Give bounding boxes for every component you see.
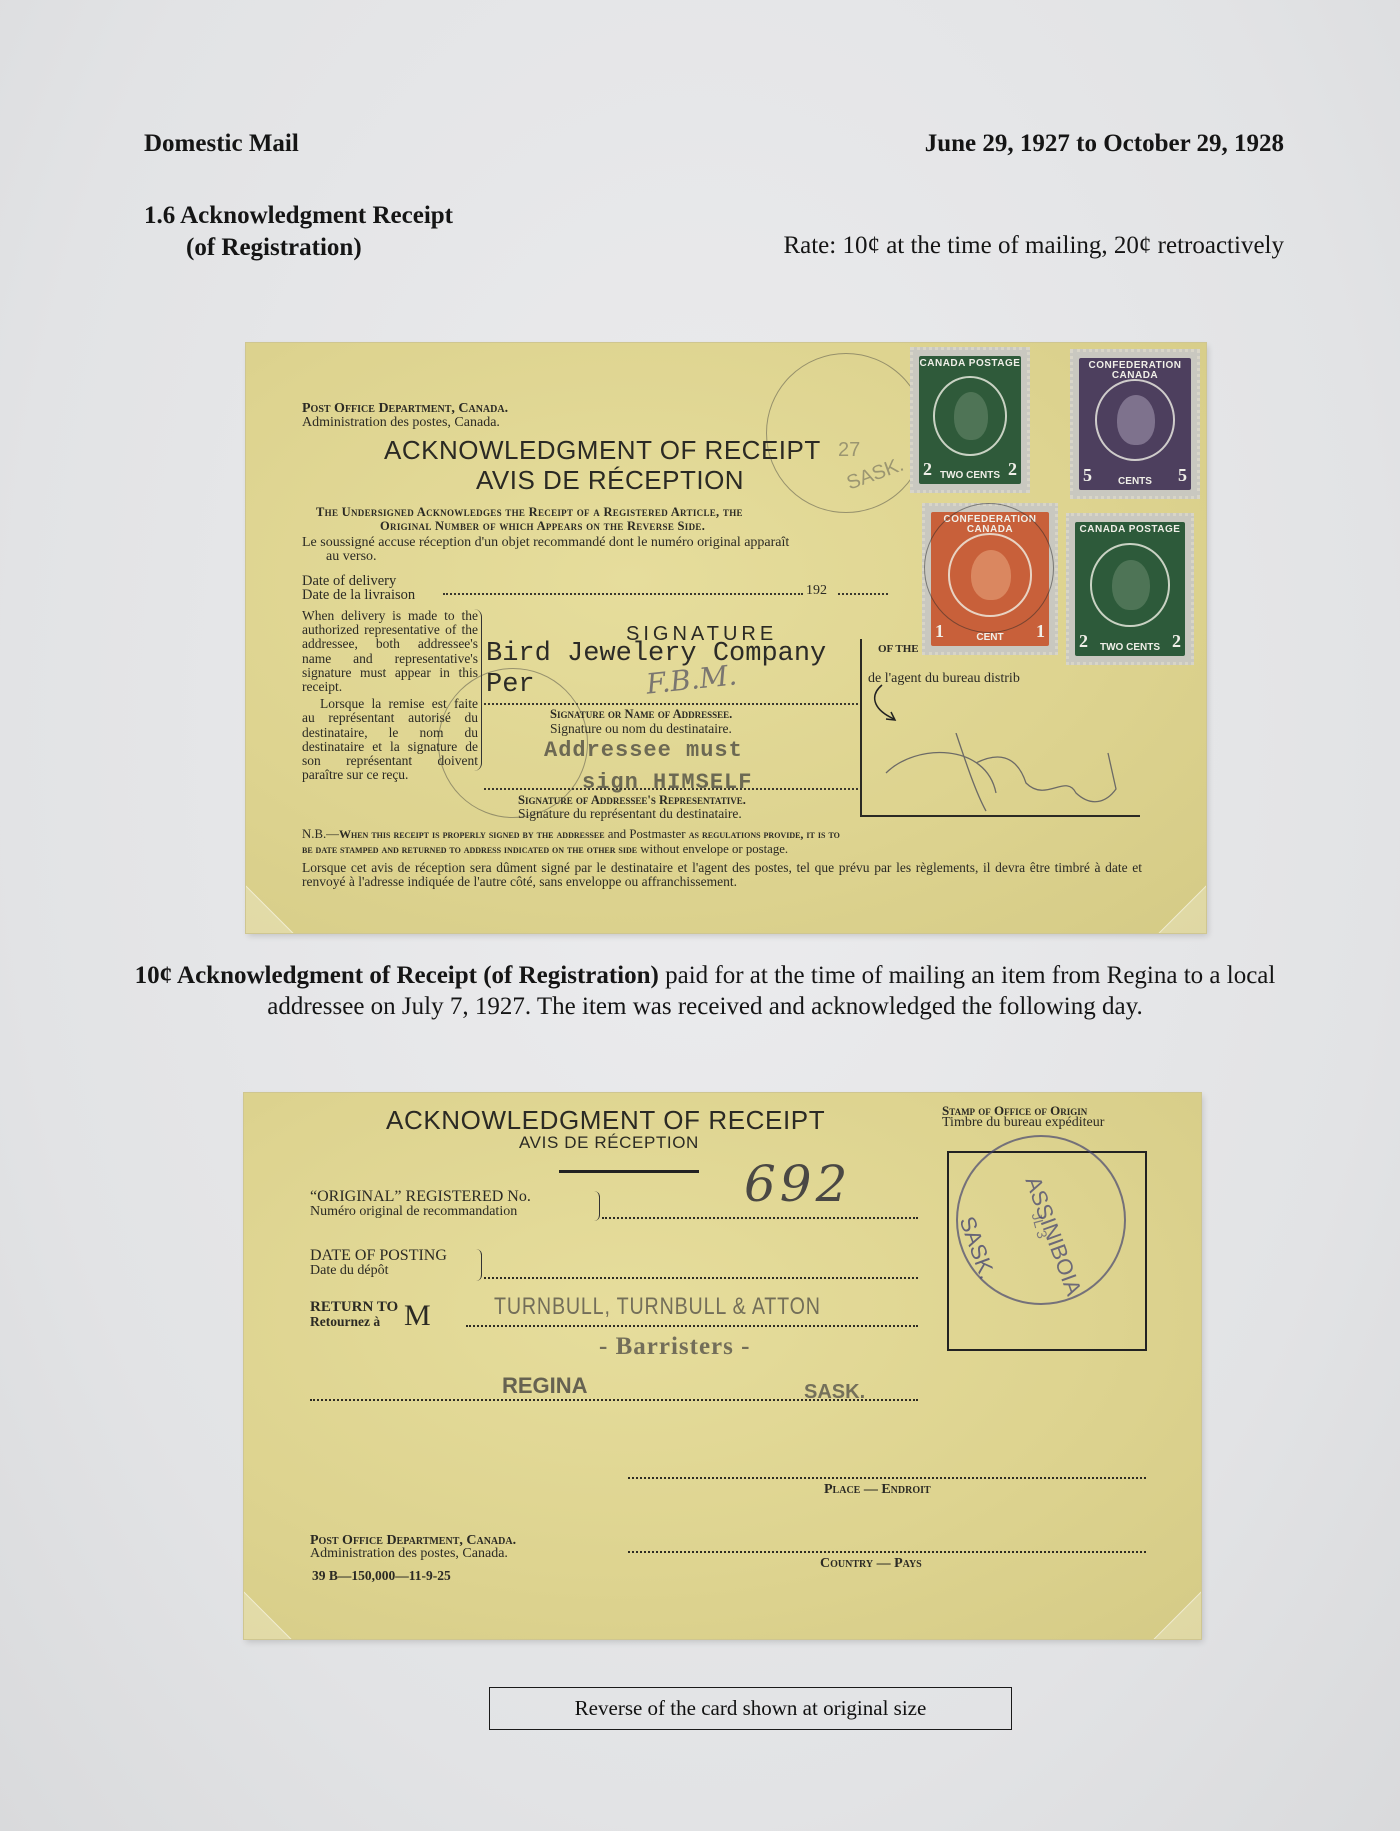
undersigned-line1: The Undersigned Acknowledges the Receipt… xyxy=(316,505,743,520)
mount-corner xyxy=(246,885,294,933)
nb-line1-and: and Postmaster xyxy=(605,827,689,841)
return-to-fr: Retournez à xyxy=(310,1314,380,1330)
nb-line1-end: as regulations provide, it is to xyxy=(689,827,840,841)
stamp-face: CANADA POSTAGE TWO CENTS 2 2 xyxy=(1075,522,1185,656)
french-footer: Lorsque cet avis de réception sera dûmen… xyxy=(302,861,1142,889)
brace xyxy=(476,1249,482,1281)
year-field xyxy=(838,593,888,595)
stamp-legend: TWO CENTS xyxy=(1100,642,1160,653)
undersigned-line2: Original Number of which Appears on the … xyxy=(380,519,705,534)
back-title-fr: AVIS DE RÉCEPTION xyxy=(519,1133,699,1153)
front-title-fr: AVIS DE RÉCEPTION xyxy=(476,465,744,496)
nb-line2-end: without envelope or postage. xyxy=(637,842,788,856)
stamp-2c-green-bottom: CANADA POSTAGE TWO CENTS 2 2 xyxy=(1066,513,1194,665)
postmark-top xyxy=(766,353,926,513)
representative-signature-line xyxy=(484,788,858,790)
date-of-delivery-field xyxy=(443,593,803,595)
back-card: ACKNOWLEDGMENT OF RECEIPT AVIS DE RÉCEPT… xyxy=(244,1093,1201,1639)
stamp-legend: CENT xyxy=(976,632,1003,643)
stamp-legend: CANADA POSTAGE xyxy=(1080,525,1181,535)
french-line2: au verso. xyxy=(326,549,377,565)
postmaster-box-bottom-border xyxy=(860,815,1140,817)
nb-prefix: N.B.— xyxy=(302,827,339,841)
nb-line1: N.B.—When this receipt is properly signe… xyxy=(302,827,840,842)
stamp-legend: CANADA POSTAGE xyxy=(920,359,1021,369)
front-card: Post Office Department, Canada. Administ… xyxy=(246,343,1206,933)
front-title-en: ACKNOWLEDGMENT OF RECEIPT xyxy=(384,435,821,466)
instructions-en: When delivery is made to the authorized … xyxy=(302,609,478,694)
stamp-denomination: 2 xyxy=(1008,459,1017,480)
year-prefix: 192 xyxy=(806,583,827,599)
portrait-icon xyxy=(954,392,989,441)
description-bold: 10¢ Acknowledgment of Receipt (of Regist… xyxy=(135,962,659,989)
rate-text: Rate: 10¢ at the time of mailing, 20¢ re… xyxy=(783,232,1284,260)
back-dept-fr: Administration des postes, Canada. xyxy=(310,1546,508,1562)
caption-box: Reverse of the card shown at original si… xyxy=(489,1687,1012,1730)
stamp-denomination: 2 xyxy=(1079,631,1088,652)
dept-en: Post Office Department, Canada. xyxy=(302,401,508,416)
stamp-office-fr: Timbre du bureau expéditeur xyxy=(942,1115,1104,1131)
registered-no-fr: Numéro original de recommandation xyxy=(310,1204,517,1220)
stamp-legend: CONFEDERATION CANADA xyxy=(1079,361,1191,381)
country-label: Country — Pays xyxy=(820,1556,922,1572)
stamp-denomination: 5 xyxy=(1178,465,1187,486)
return-address-stamp-line2: - Barristers - xyxy=(599,1333,750,1361)
nb-line2-text: be date stamped and returned to address … xyxy=(302,844,637,856)
postmark-cancel xyxy=(924,503,1054,633)
dept-fr: Administration des postes, Canada. xyxy=(302,415,500,430)
postmark-top-date: 27 xyxy=(838,439,860,462)
form-code: 39 B—150,000—11-9-25 xyxy=(312,1568,451,1584)
date-of-delivery-fr: Date de la livraison xyxy=(302,588,415,602)
rubber-stamp-line1: Addressee must xyxy=(538,735,752,767)
date-of-delivery-en: Date of delivery xyxy=(302,574,415,588)
mount-corner xyxy=(244,1591,292,1639)
return-address-stamp-line1: TURNBULL, TURNBULL & ATTON xyxy=(494,1293,821,1321)
typed-addressee: Bird Jewelery Company xyxy=(486,639,826,669)
back-title-en: ACKNOWLEDGMENT OF RECEIPT xyxy=(386,1105,825,1136)
date-posting-field xyxy=(484,1277,918,1279)
registered-no-handwritten: 692 xyxy=(744,1155,851,1213)
page-header-date-range: June 29, 1927 to October 29, 1928 xyxy=(925,130,1284,158)
sig-rep-caption-fr: Signature du représentant du destinatair… xyxy=(518,806,742,822)
nb-line2: be date stamped and returned to address … xyxy=(302,842,788,857)
mount-corner xyxy=(1158,885,1206,933)
per-label: Per xyxy=(486,670,535,700)
return-city: REGINA xyxy=(502,1373,588,1399)
return-address-line2 xyxy=(310,1399,918,1401)
stamp-denomination: 1 xyxy=(935,621,944,642)
title-rule xyxy=(559,1170,699,1173)
stamp-5c-violet: CONFEDERATION CANADA CENTS 5 5 xyxy=(1070,349,1200,499)
stamp-denomination: 5 xyxy=(1083,465,1092,486)
country-field xyxy=(628,1551,1146,1553)
stamp-face: CANADA POSTAGE TWO CENTS 2 2 xyxy=(919,356,1021,484)
place-field xyxy=(628,1477,1146,1479)
stamp-2c-green-top: CANADA POSTAGE TWO CENTS 2 2 xyxy=(910,347,1030,493)
arrow-icon xyxy=(868,681,908,725)
return-address-line1 xyxy=(466,1325,918,1327)
description-text: 10¢ Acknowledgment of Receipt (of Regist… xyxy=(130,960,1280,1022)
nb-line1-text: When this receipt is properly signed by … xyxy=(339,827,605,841)
stamp-denomination: 1 xyxy=(1036,621,1045,642)
section-title-line2: (of Registration) xyxy=(144,232,453,264)
portrait-icon xyxy=(1112,560,1149,611)
date-posting-fr: Date du dépôt xyxy=(310,1263,389,1279)
sig-addressee-caption-en: Signature or Name of Addressee. xyxy=(550,707,732,722)
stamp-face: CONFEDERATION CANADA CENTS 5 5 xyxy=(1079,358,1191,490)
stamp-legend: TWO CENTS xyxy=(940,470,1000,481)
section-title: 1.6 Acknowledgment Receipt (of Registrat… xyxy=(144,200,453,264)
addressee-signature-line xyxy=(484,703,858,705)
registered-no-field xyxy=(602,1217,918,1219)
return-prefix: M xyxy=(404,1299,431,1333)
portrait-icon xyxy=(1117,395,1155,445)
stamp-legend: CENTS xyxy=(1118,476,1152,487)
brace xyxy=(594,1191,600,1221)
postmaster-box-left-border xyxy=(860,639,862,815)
stamp-denomination: 2 xyxy=(923,459,932,480)
date-of-delivery-label: Date of delivery Date de la livraison xyxy=(302,574,415,602)
of-the-label: OF THE xyxy=(878,643,919,655)
section-title-line1: 1.6 Acknowledgment Receipt xyxy=(144,202,453,229)
page-header-left: Domestic Mail xyxy=(144,130,299,158)
mount-corner xyxy=(1153,1591,1201,1639)
stamp-denomination: 2 xyxy=(1172,631,1181,652)
postmaster-signature-scribble xyxy=(876,733,1136,813)
place-label: Place — Endroit xyxy=(824,1482,931,1498)
